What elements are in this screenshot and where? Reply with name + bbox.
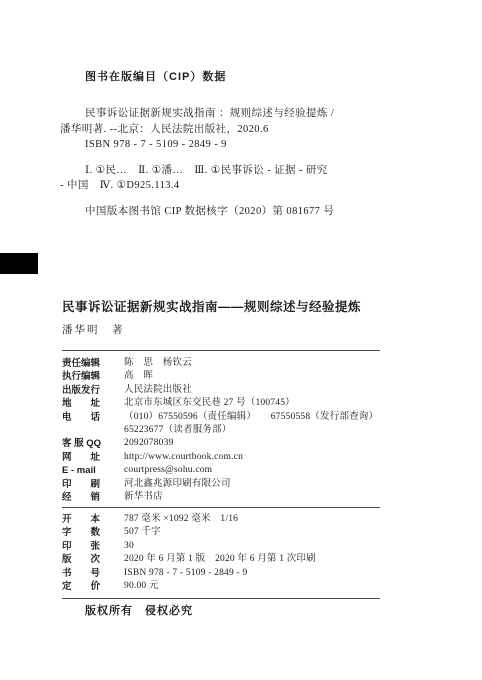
copyright-page: 图书在版编目（CIP）数据 民事诉讼证据新规实战指南 ：规则综述与经验提炼 / …	[0, 0, 482, 680]
field-value: 北京市东城区东交民巷 27 号（100745）	[124, 397, 295, 410]
field-value: 65223677（读者服务部）	[124, 424, 232, 437]
field-label: 书 号	[62, 567, 110, 580]
field-label: 客 服 QQ	[62, 437, 110, 450]
field-value: 90.00 元	[124, 580, 159, 593]
field-value: 30	[124, 540, 134, 553]
table-row: 地 址 北京市东城区东交民巷 27 号（100745）	[62, 397, 380, 410]
table-row: 65223677（读者服务部）	[62, 424, 380, 437]
field-label: 电 话	[62, 411, 110, 424]
spine-mark	[0, 253, 38, 274]
field-value: 河北鑫兆源印刷有限公司	[124, 478, 231, 491]
field-value: http://www.courtbook.com.cn	[124, 451, 243, 464]
book-title: 民事诉讼证据新规实战指南——规则综述与经验提炼	[62, 297, 422, 315]
table-row: 电 话 （010）67550596（责任编辑） 67550558（发行部查询）	[62, 411, 380, 424]
field-value: （010）67550596（责任编辑） 67550558（发行部查询）	[124, 411, 378, 424]
book-author: 潘华明 著	[62, 322, 422, 337]
table-row: 客 服 QQ 2092078039	[62, 437, 380, 450]
print-spec-table: 开 本 787 毫米 ×1092 毫米 1/16 字 数 507 千字 印 张 …	[62, 507, 380, 599]
field-label: 印 张	[62, 540, 110, 553]
field-label: 责任编辑	[62, 357, 110, 370]
field-value: 2020 年 6 月第 1 版 2020 年 6 月第 1 次印刷	[124, 553, 316, 566]
field-value: ISBN 978 - 7 - 5109 - 2849 - 9	[124, 567, 247, 580]
table-row: 印 张 30	[62, 540, 380, 553]
field-value: 陈 思 杨钦云	[124, 357, 192, 370]
field-value: 507 千字	[124, 526, 161, 539]
table-row: 开 本 787 毫米 ×1092 毫米 1/16	[62, 513, 380, 526]
field-label: 网 址	[62, 451, 110, 464]
field-value: 2092078039	[124, 437, 174, 450]
field-label: 经 销	[62, 491, 110, 504]
field-label: 出版发行	[62, 384, 110, 397]
copyright-notice: 版权所有 侵权必究	[85, 602, 193, 618]
table-row: 定 价 90.00 元	[62, 580, 380, 593]
table-row: 版 次 2020 年 6 月第 1 版 2020 年 6 月第 1 次印刷	[62, 553, 380, 566]
cip-line: 潘华明著. --北京：人民法院出版社，2020.6	[60, 122, 410, 138]
field-label: 开 本	[62, 513, 110, 526]
field-label: E - mail	[62, 464, 110, 477]
table-row: E - mail courtpress@sohu.com	[62, 464, 380, 477]
field-label: 定 价	[62, 580, 110, 593]
cip-line: ISBN 978 - 7 - 5109 - 2849 - 9	[60, 137, 410, 153]
cip-header: 图书在版编目（CIP）数据	[60, 68, 410, 84]
field-label: 地 址	[62, 397, 110, 410]
table-row: 经 销 新华书店	[62, 491, 380, 504]
cip-line: - 中国 Ⅳ. ①D925.113.4	[60, 178, 410, 194]
cip-line: 中国版本图书馆 CIP 数据核字（2020）第 081677 号	[60, 204, 410, 220]
cip-line: 民事诉讼证据新规实战指南 ：规则综述与经验提炼 /	[60, 106, 410, 122]
field-label: 版 次	[62, 553, 110, 566]
table-row: 书 号 ISBN 978 - 7 - 5109 - 2849 - 9	[62, 567, 380, 580]
table-row: 网 址 http://www.courtbook.com.cn	[62, 451, 380, 464]
publication-table: 责任编辑 陈 思 杨钦云 执行编辑 高 晖 出版发行 人民法院出版社 地 址 北…	[62, 350, 380, 504]
field-value: 787 毫米 ×1092 毫米 1/16	[124, 513, 238, 526]
table-row: 责任编辑 陈 思 杨钦云	[62, 357, 380, 370]
cip-line: Ⅰ. ①民… Ⅱ. ①潘… Ⅲ. ①民事诉讼 - 证据 - 研究	[60, 163, 410, 179]
field-value: 高 晖	[124, 370, 153, 383]
table-row: 执行编辑 高 晖	[62, 370, 380, 383]
field-label: 执行编辑	[62, 370, 110, 383]
field-value: 人民法院出版社	[124, 384, 192, 397]
field-label: 字 数	[62, 526, 110, 539]
field-value: 新华书店	[124, 491, 163, 504]
cip-block: 图书在版编目（CIP）数据 民事诉讼证据新规实战指南 ：规则综述与经验提炼 / …	[60, 68, 410, 219]
field-label	[62, 424, 110, 437]
field-value: courtpress@sohu.com	[124, 464, 212, 477]
table-row: 出版发行 人民法院出版社	[62, 384, 380, 397]
table-row: 字 数 507 千字	[62, 526, 380, 539]
table-row: 印 刷 河北鑫兆源印刷有限公司	[62, 478, 380, 491]
title-block: 民事诉讼证据新规实战指南——规则综述与经验提炼 潘华明 著	[62, 297, 422, 337]
field-label: 印 刷	[62, 478, 110, 491]
